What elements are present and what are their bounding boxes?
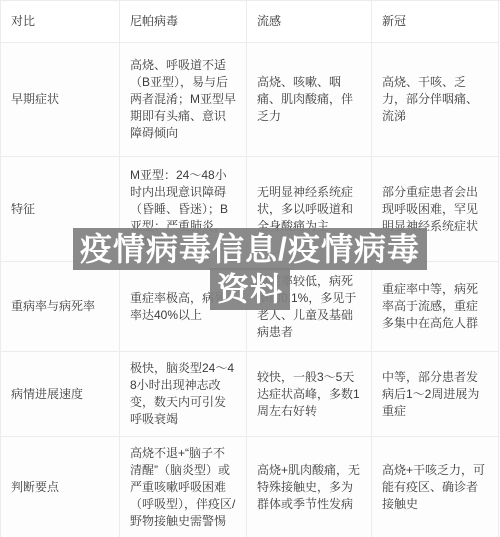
header-cell-covid: 新冠: [372, 1, 499, 43]
covid-cell: 部分重症患者会出现呼吸困难，罕见明显神经系统症状: [372, 157, 499, 262]
header-cell-flu: 流感: [247, 1, 372, 43]
covid-cell: 高烧+干咳乏力，可能有疫区、确诊者接触史: [372, 437, 499, 537]
flu-cell: 较快，一般3～5天达症状高峰，多数1周左右好转: [247, 352, 372, 437]
nipah-cell: 重症率极高，病死率达40%以上: [120, 262, 247, 352]
covid-cell: 中等，部分患者发病后1～2周进展为重症: [372, 352, 499, 437]
header-row: 对比 尼帕病毒 流感 新冠: [1, 1, 500, 43]
table-row-features: 特征 M亚型：24～48小时内出现意识障碍（昏睡、昏迷）；B亚型：严重肺炎，呼吸…: [1, 157, 500, 262]
header-cell-compare: 对比: [1, 1, 120, 43]
flu-cell: 重症率较低，病死率约0.1%，多见于老人、儿童及基础病患者: [247, 262, 372, 352]
row-label: 判断要点: [1, 437, 120, 537]
row-label: 早期症状: [1, 43, 120, 157]
nipah-cell: 高烧、呼吸道不适（B亚型），易与后两者混淆；M亚型早期即有头痛、意识障碍倾向: [120, 43, 247, 157]
row-label: 病情进展速度: [1, 352, 120, 437]
page: 对比 尼帕病毒 流感 新冠 早期症状 高烧、呼吸道不适（B亚型），易与后两者混淆…: [0, 0, 500, 537]
table-row-severity-mortality: 重病率与病死率 重症率极高，病死率达40%以上 重症率较低，病死率约0.1%，多…: [1, 262, 500, 352]
flu-cell: 无明显神经系统症状，多以呼吸道和全身酸痛为主: [247, 157, 372, 262]
nipah-cell: 极快，脑炎型24～48小时出现神志改变，数天内可引发呼吸衰竭: [120, 352, 247, 437]
row-label: 重病率与病死率: [1, 262, 120, 352]
covid-cell: 高烧、干咳、乏力，部分伴咽痛、流涕: [372, 43, 499, 157]
header-cell-nipah: 尼帕病毒: [120, 1, 247, 43]
table-row-early-symptoms: 早期症状 高烧、呼吸道不适（B亚型），易与后两者混淆；M亚型早期即有头痛、意识障…: [1, 43, 500, 157]
virus-comparison-table: 对比 尼帕病毒 流感 新冠 早期症状 高烧、呼吸道不适（B亚型），易与后两者混淆…: [0, 0, 500, 537]
covid-cell: 重症率中等，病死率高于流感，重症多集中在高危人群: [372, 262, 499, 352]
nipah-cell: M亚型：24～48小时内出现意识障碍（昏睡、昏迷）；B亚型：严重肺炎，呼吸困难: [120, 157, 247, 262]
flu-cell: 高烧+肌肉酸痛，无特殊接触史，多为群体或季节性发病: [247, 437, 372, 537]
table-row-progression-speed: 病情进展速度 极快，脑炎型24～48小时出现神志改变，数天内可引发呼吸衰竭 较快…: [1, 352, 500, 437]
row-label: 特征: [1, 157, 120, 262]
table-row-judgment-points: 判断要点 高烧不退+“脑子不清醒”（脑炎型）或严重咳嗽呼吸困难（呼吸型），伴疫区…: [1, 437, 500, 537]
flu-cell: 高烧、咳嗽、咽痛、肌肉酸痛，伴乏力: [247, 43, 372, 157]
nipah-cell: 高烧不退+“脑子不清醒”（脑炎型）或严重咳嗽呼吸困难（呼吸型），伴疫区/野物接触…: [120, 437, 247, 537]
